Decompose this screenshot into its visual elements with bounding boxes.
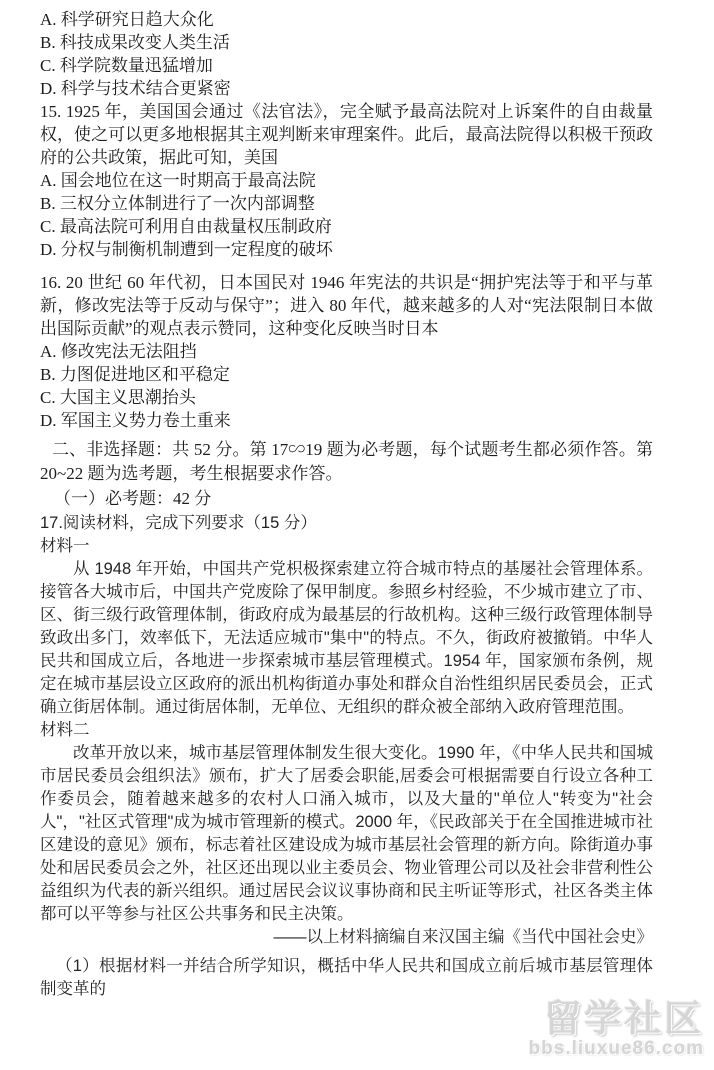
q16-option-d: D. 军国主义势力卷土重来: [40, 409, 653, 432]
q14-option-a: A. 科学研究日趋大众化: [40, 8, 653, 31]
question-17-sub-question-1: （1）根据材料一并结合所学知识，概括中华人民共和国成立前后城市基层管理体制变革的: [40, 955, 653, 1001]
q14-option-c: C. 科学院数量迅猛增加: [40, 54, 653, 77]
material-2-text: 改革开放以来，城市基层管理体制发生很大变化。1990 年，《中华人民共和国城市居…: [40, 742, 653, 926]
q14-option-d: D. 科学与技术结合更紧密: [40, 77, 653, 100]
watermark-logo-text: 留学社区: [529, 1000, 704, 1038]
q14-option-b: B. 科技成果改变人类生活: [40, 31, 653, 54]
watermark: 留学社区 bbs.liuxue86.com: [529, 1000, 704, 1059]
q16-option-b: B. 力图促进地区和平稳定: [40, 363, 653, 386]
part-1-header: （一）必考题：42 分: [40, 486, 653, 511]
question-17: 17.阅读材料，完成下列要求（15 分） 材料一 从 1948 年开始，中国共产…: [40, 511, 653, 1001]
q15-option-d: D. 分权与制衡机制遭到一定程度的破坏: [40, 238, 653, 261]
q16-option-a: A. 修改宪法无法阻挡: [40, 340, 653, 363]
question-15-stem: 15. 1925 年，美国国会通过《法官法》，完全赋予最高法院对上诉案件的自由裁…: [40, 100, 653, 169]
material-1-label: 材料一: [40, 535, 653, 558]
question-17-intro: 17.阅读材料，完成下列要求（15 分）: [40, 511, 653, 535]
q15-option-c: C. 最高法院可利用自由裁量权压制政府: [40, 215, 653, 238]
watermark-url: bbs.liuxue86.com: [529, 1039, 704, 1059]
material-2-label: 材料二: [40, 719, 653, 742]
material-attribution: ——以上材料摘编自来汉国主编《当代中国社会史》: [40, 926, 653, 949]
question-16-stem: 16. 20 世纪 60 年代初，日本国民对 1946 年宪法的共识是“拥护宪法…: [40, 271, 653, 340]
exam-page-content: A. 科学研究日趋大众化 B. 科技成果改变人类生活 C. 科学院数量迅猛增加 …: [40, 8, 653, 1001]
section-2-header: 二、非选择题：共 52 分。第 17∽19 题为必考题，每个试题考生都必须作答。…: [40, 438, 653, 486]
question-16: 16. 20 世纪 60 年代初，日本国民对 1946 年宪法的共识是“拥护宪法…: [40, 271, 653, 432]
q15-option-a: A. 国会地位在这一时期高于最高法院: [40, 169, 653, 192]
q16-option-c: C. 大国主义思潮抬头: [40, 386, 653, 409]
question-15: 15. 1925 年，美国国会通过《法官法》，完全赋予最高法院对上诉案件的自由裁…: [40, 100, 653, 261]
material-1-text: 从 1948 年开始，中国共产党枳极探索建立符合城市特点的基屡社会管理体系。接管…: [40, 558, 653, 719]
question-14-options: A. 科学研究日趋大众化 B. 科技成果改变人类生活 C. 科学院数量迅猛增加 …: [40, 8, 653, 100]
q15-option-b: B. 三权分立体制进行了一次内部调整: [40, 192, 653, 215]
